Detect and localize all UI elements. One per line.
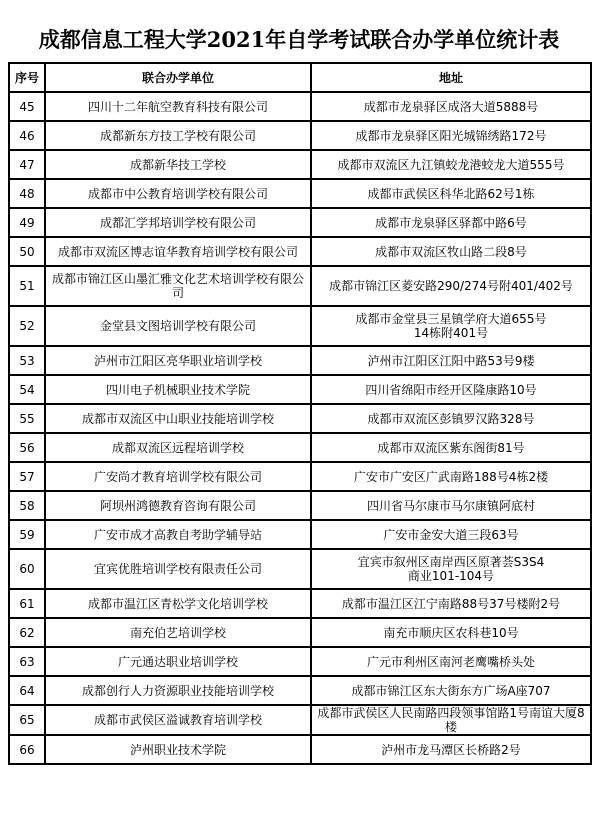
table-row: 64 成都创行人力资源职业技能培训学校 成都市锦江区东大街东方广场A座707 bbox=[9, 676, 591, 705]
table-row: 52 金堂县文图培训学校有限公司 成都市金堂县三星镇学府大道655号 14栋附4… bbox=[9, 306, 591, 346]
table-row: 59 广安市成才高教自考助学辅导站 广安市金安大道三段63号 bbox=[9, 520, 591, 549]
cell-address: 泸州市龙马潭区长桥路2号 bbox=[311, 735, 591, 764]
table-row: 65 成都市武侯区溢诚教育培训学校 成都市武侯区人民南路四段领事馆路1号南谊大厦… bbox=[9, 705, 591, 735]
address-line-1: 成都市温江区江宁南路88号37号楼附2号 bbox=[314, 597, 588, 611]
header-address: 地址 bbox=[311, 63, 591, 92]
cell-joint-unit: 成都创行人力资源职业技能培训学校 bbox=[45, 676, 311, 705]
page-title: 成都信息工程大学2021年自学考试联合办学单位统计表 bbox=[0, 24, 598, 54]
header-joint-unit: 联合办学单位 bbox=[45, 63, 311, 92]
cell-serial-number: 51 bbox=[9, 266, 45, 306]
address-line-1: 成都市龙泉驿区阳光城锦绣路172号 bbox=[314, 129, 588, 143]
table-row: 47 成都新华技工学校 成都市双流区九江镇蛟龙港蛟龙大道555号 bbox=[9, 150, 591, 179]
header-serial-number: 序号 bbox=[9, 63, 45, 92]
cell-joint-unit: 宜宾优胜培训学校有限责任公司 bbox=[45, 549, 311, 589]
cell-address: 成都市温江区江宁南路88号37号楼附2号 bbox=[311, 589, 591, 618]
cell-address: 泸州市江阳区江阳中路53号9楼 bbox=[311, 346, 591, 375]
cell-joint-unit: 金堂县文图培训学校有限公司 bbox=[45, 306, 311, 346]
cell-joint-unit: 成都汇学邦培训学校有限公司 bbox=[45, 208, 311, 237]
cell-serial-number: 55 bbox=[9, 404, 45, 433]
table-row: 55 成都市双流区中山职业技能培训学校 成都市双流区彭镇罗汉路328号 bbox=[9, 404, 591, 433]
cell-joint-unit: 成都市中公教育培训学校有限公司 bbox=[45, 179, 311, 208]
table-row: 56 成都双流区远程培训学校 成都市双流区紫东阁街81号 bbox=[9, 433, 591, 462]
cell-address: 广安市广安区广武南路188号4栋2楼 bbox=[311, 462, 591, 491]
cell-serial-number: 64 bbox=[9, 676, 45, 705]
cell-joint-unit: 四川电子机械职业技术学院 bbox=[45, 375, 311, 404]
table-row: 63 广元通达职业培训学校 广元市利州区南河老鹰嘴桥头处 bbox=[9, 647, 591, 676]
cell-joint-unit: 成都新东方技工学校有限公司 bbox=[45, 121, 311, 150]
table-row: 53 泸州市江阳区亮华职业培训学校 泸州市江阳区江阳中路53号9楼 bbox=[9, 346, 591, 375]
address-line-1: 南充市顺庆区农科巷10号 bbox=[314, 626, 588, 640]
cell-joint-unit: 成都双流区远程培训学校 bbox=[45, 433, 311, 462]
address-line-2: 商业101-104号 bbox=[314, 569, 588, 583]
address-line-1: 四川省绵阳市经开区隆康路10号 bbox=[314, 383, 588, 397]
cell-serial-number: 56 bbox=[9, 433, 45, 462]
table-row: 51 成都市锦江区山墨汇雅文化艺术培训学校有限公司 成都市锦江区菱安路290/2… bbox=[9, 266, 591, 306]
cell-address: 成都市武侯区人民南路四段领事馆路1号南谊大厦8楼 bbox=[311, 705, 591, 735]
address-line-1: 成都市双流区彭镇罗汉路328号 bbox=[314, 412, 588, 426]
cell-joint-unit: 广安市成才高教自考助学辅导站 bbox=[45, 520, 311, 549]
cell-address: 四川省绵阳市经开区隆康路10号 bbox=[311, 375, 591, 404]
cell-address: 成都市锦江区菱安路290/274号附401/402号 bbox=[311, 266, 591, 306]
cell-joint-unit: 成都新华技工学校 bbox=[45, 150, 311, 179]
table-row: 58 阿坝州鸿德教育咨询有限公司 四川省马尔康市马尔康镇阿底村 bbox=[9, 491, 591, 520]
table-row: 48 成都市中公教育培训学校有限公司 成都市武侯区科华北路62号1栋 bbox=[9, 179, 591, 208]
cell-joint-unit: 泸州职业技术学院 bbox=[45, 735, 311, 764]
cell-joint-unit: 阿坝州鸿德教育咨询有限公司 bbox=[45, 491, 311, 520]
cell-joint-unit: 广安尚才教育培训学校有限公司 bbox=[45, 462, 311, 491]
cell-serial-number: 60 bbox=[9, 549, 45, 589]
cell-serial-number: 52 bbox=[9, 306, 45, 346]
cell-address: 成都市锦江区东大街东方广场A座707 bbox=[311, 676, 591, 705]
address-line-1: 成都市锦江区东大街东方广场A座707 bbox=[314, 684, 588, 698]
cell-serial-number: 50 bbox=[9, 237, 45, 266]
cell-joint-unit: 四川十二年航空教育科技有限公司 bbox=[45, 92, 311, 121]
cell-serial-number: 48 bbox=[9, 179, 45, 208]
cell-serial-number: 65 bbox=[9, 705, 45, 735]
cell-serial-number: 66 bbox=[9, 735, 45, 764]
cell-address: 四川省马尔康市马尔康镇阿底村 bbox=[311, 491, 591, 520]
cell-joint-unit: 成都市温江区青松学文化培训学校 bbox=[45, 589, 311, 618]
table-row: 54 四川电子机械职业技术学院 四川省绵阳市经开区隆康路10号 bbox=[9, 375, 591, 404]
cell-joint-unit: 南充伯艺培训学校 bbox=[45, 618, 311, 647]
cell-serial-number: 54 bbox=[9, 375, 45, 404]
joint-school-table: 序号 联合办学单位 地址 45 四川十二年航空教育科技有限公司 成都市龙泉驿区成… bbox=[8, 62, 592, 765]
address-line-1: 成都市锦江区菱安路290/274号附401/402号 bbox=[314, 279, 588, 293]
table-header-row: 序号 联合办学单位 地址 bbox=[9, 63, 591, 92]
address-line-1: 泸州市龙马潭区长桥路2号 bbox=[314, 743, 588, 757]
cell-address: 成都市双流区牧山路二段8号 bbox=[311, 237, 591, 266]
cell-address: 成都市双流区九江镇蛟龙港蛟龙大道555号 bbox=[311, 150, 591, 179]
address-line-1: 四川省马尔康市马尔康镇阿底村 bbox=[314, 499, 588, 513]
address-line-1: 成都市龙泉驿区驿都中路6号 bbox=[314, 216, 588, 230]
cell-address: 宜宾市叙州区南岸西区原著荟S3S4 商业101-104号 bbox=[311, 549, 591, 589]
address-line-1: 成都市武侯区人民南路四段领事馆路1号南谊大厦8楼 bbox=[314, 706, 588, 734]
cell-address: 成都市双流区紫东阁街81号 bbox=[311, 433, 591, 462]
table-row: 46 成都新东方技工学校有限公司 成都市龙泉驿区阳光城锦绣路172号 bbox=[9, 121, 591, 150]
table-row: 50 成都市双流区博志谊华教育培训学校有限公司 成都市双流区牧山路二段8号 bbox=[9, 237, 591, 266]
address-line-1: 广安市金安大道三段63号 bbox=[314, 528, 588, 542]
address-line-1: 成都市双流区九江镇蛟龙港蛟龙大道555号 bbox=[314, 158, 588, 172]
cell-serial-number: 58 bbox=[9, 491, 45, 520]
table-row: 60 宜宾优胜培训学校有限责任公司 宜宾市叙州区南岸西区原著荟S3S4 商业10… bbox=[9, 549, 591, 589]
address-line-1: 成都市金堂县三星镇学府大道655号 bbox=[314, 312, 588, 326]
cell-address: 广元市利州区南河老鹰嘴桥头处 bbox=[311, 647, 591, 676]
address-line-1: 广安市广安区广武南路188号4栋2楼 bbox=[314, 470, 588, 484]
cell-joint-unit: 成都市锦江区山墨汇雅文化艺术培训学校有限公司 bbox=[45, 266, 311, 306]
cell-serial-number: 61 bbox=[9, 589, 45, 618]
cell-joint-unit: 成都市武侯区溢诚教育培训学校 bbox=[45, 705, 311, 735]
cell-serial-number: 47 bbox=[9, 150, 45, 179]
table-row: 66 泸州职业技术学院 泸州市龙马潭区长桥路2号 bbox=[9, 735, 591, 764]
cell-serial-number: 59 bbox=[9, 520, 45, 549]
table-row: 49 成都汇学邦培训学校有限公司 成都市龙泉驿区驿都中路6号 bbox=[9, 208, 591, 237]
cell-address: 南充市顺庆区农科巷10号 bbox=[311, 618, 591, 647]
address-line-1: 广元市利州区南河老鹰嘴桥头处 bbox=[314, 655, 588, 669]
cell-address: 成都市双流区彭镇罗汉路328号 bbox=[311, 404, 591, 433]
cell-serial-number: 49 bbox=[9, 208, 45, 237]
table-body: 45 四川十二年航空教育科技有限公司 成都市龙泉驿区成洛大道5888号 46 成… bbox=[9, 92, 591, 764]
address-line-1: 成都市龙泉驿区成洛大道5888号 bbox=[314, 100, 588, 114]
cell-serial-number: 63 bbox=[9, 647, 45, 676]
cell-joint-unit: 泸州市江阳区亮华职业培训学校 bbox=[45, 346, 311, 375]
cell-address: 成都市龙泉驿区成洛大道5888号 bbox=[311, 92, 591, 121]
cell-address: 成都市龙泉驿区阳光城锦绣路172号 bbox=[311, 121, 591, 150]
cell-joint-unit: 广元通达职业培训学校 bbox=[45, 647, 311, 676]
table-row: 62 南充伯艺培训学校 南充市顺庆区农科巷10号 bbox=[9, 618, 591, 647]
cell-serial-number: 45 bbox=[9, 92, 45, 121]
cell-address: 成都市武侯区科华北路62号1栋 bbox=[311, 179, 591, 208]
table-row: 57 广安尚才教育培训学校有限公司 广安市广安区广武南路188号4栋2楼 bbox=[9, 462, 591, 491]
cell-serial-number: 53 bbox=[9, 346, 45, 375]
table-row: 61 成都市温江区青松学文化培训学校 成都市温江区江宁南路88号37号楼附2号 bbox=[9, 589, 591, 618]
cell-joint-unit: 成都市双流区博志谊华教育培训学校有限公司 bbox=[45, 237, 311, 266]
cell-address: 成都市金堂县三星镇学府大道655号 14栋附401号 bbox=[311, 306, 591, 346]
address-line-1: 成都市双流区牧山路二段8号 bbox=[314, 245, 588, 259]
table-row: 45 四川十二年航空教育科技有限公司 成都市龙泉驿区成洛大道5888号 bbox=[9, 92, 591, 121]
cell-serial-number: 46 bbox=[9, 121, 45, 150]
cell-address: 广安市金安大道三段63号 bbox=[311, 520, 591, 549]
address-line-1: 泸州市江阳区江阳中路53号9楼 bbox=[314, 354, 588, 368]
cell-serial-number: 57 bbox=[9, 462, 45, 491]
address-line-1: 成都市双流区紫东阁街81号 bbox=[314, 441, 588, 455]
cell-address: 成都市龙泉驿区驿都中路6号 bbox=[311, 208, 591, 237]
cell-serial-number: 62 bbox=[9, 618, 45, 647]
address-line-1: 成都市武侯区科华北路62号1栋 bbox=[314, 187, 588, 201]
address-line-1: 宜宾市叙州区南岸西区原著荟S3S4 bbox=[314, 555, 588, 569]
cell-joint-unit: 成都市双流区中山职业技能培训学校 bbox=[45, 404, 311, 433]
address-line-2: 14栋附401号 bbox=[314, 326, 588, 340]
